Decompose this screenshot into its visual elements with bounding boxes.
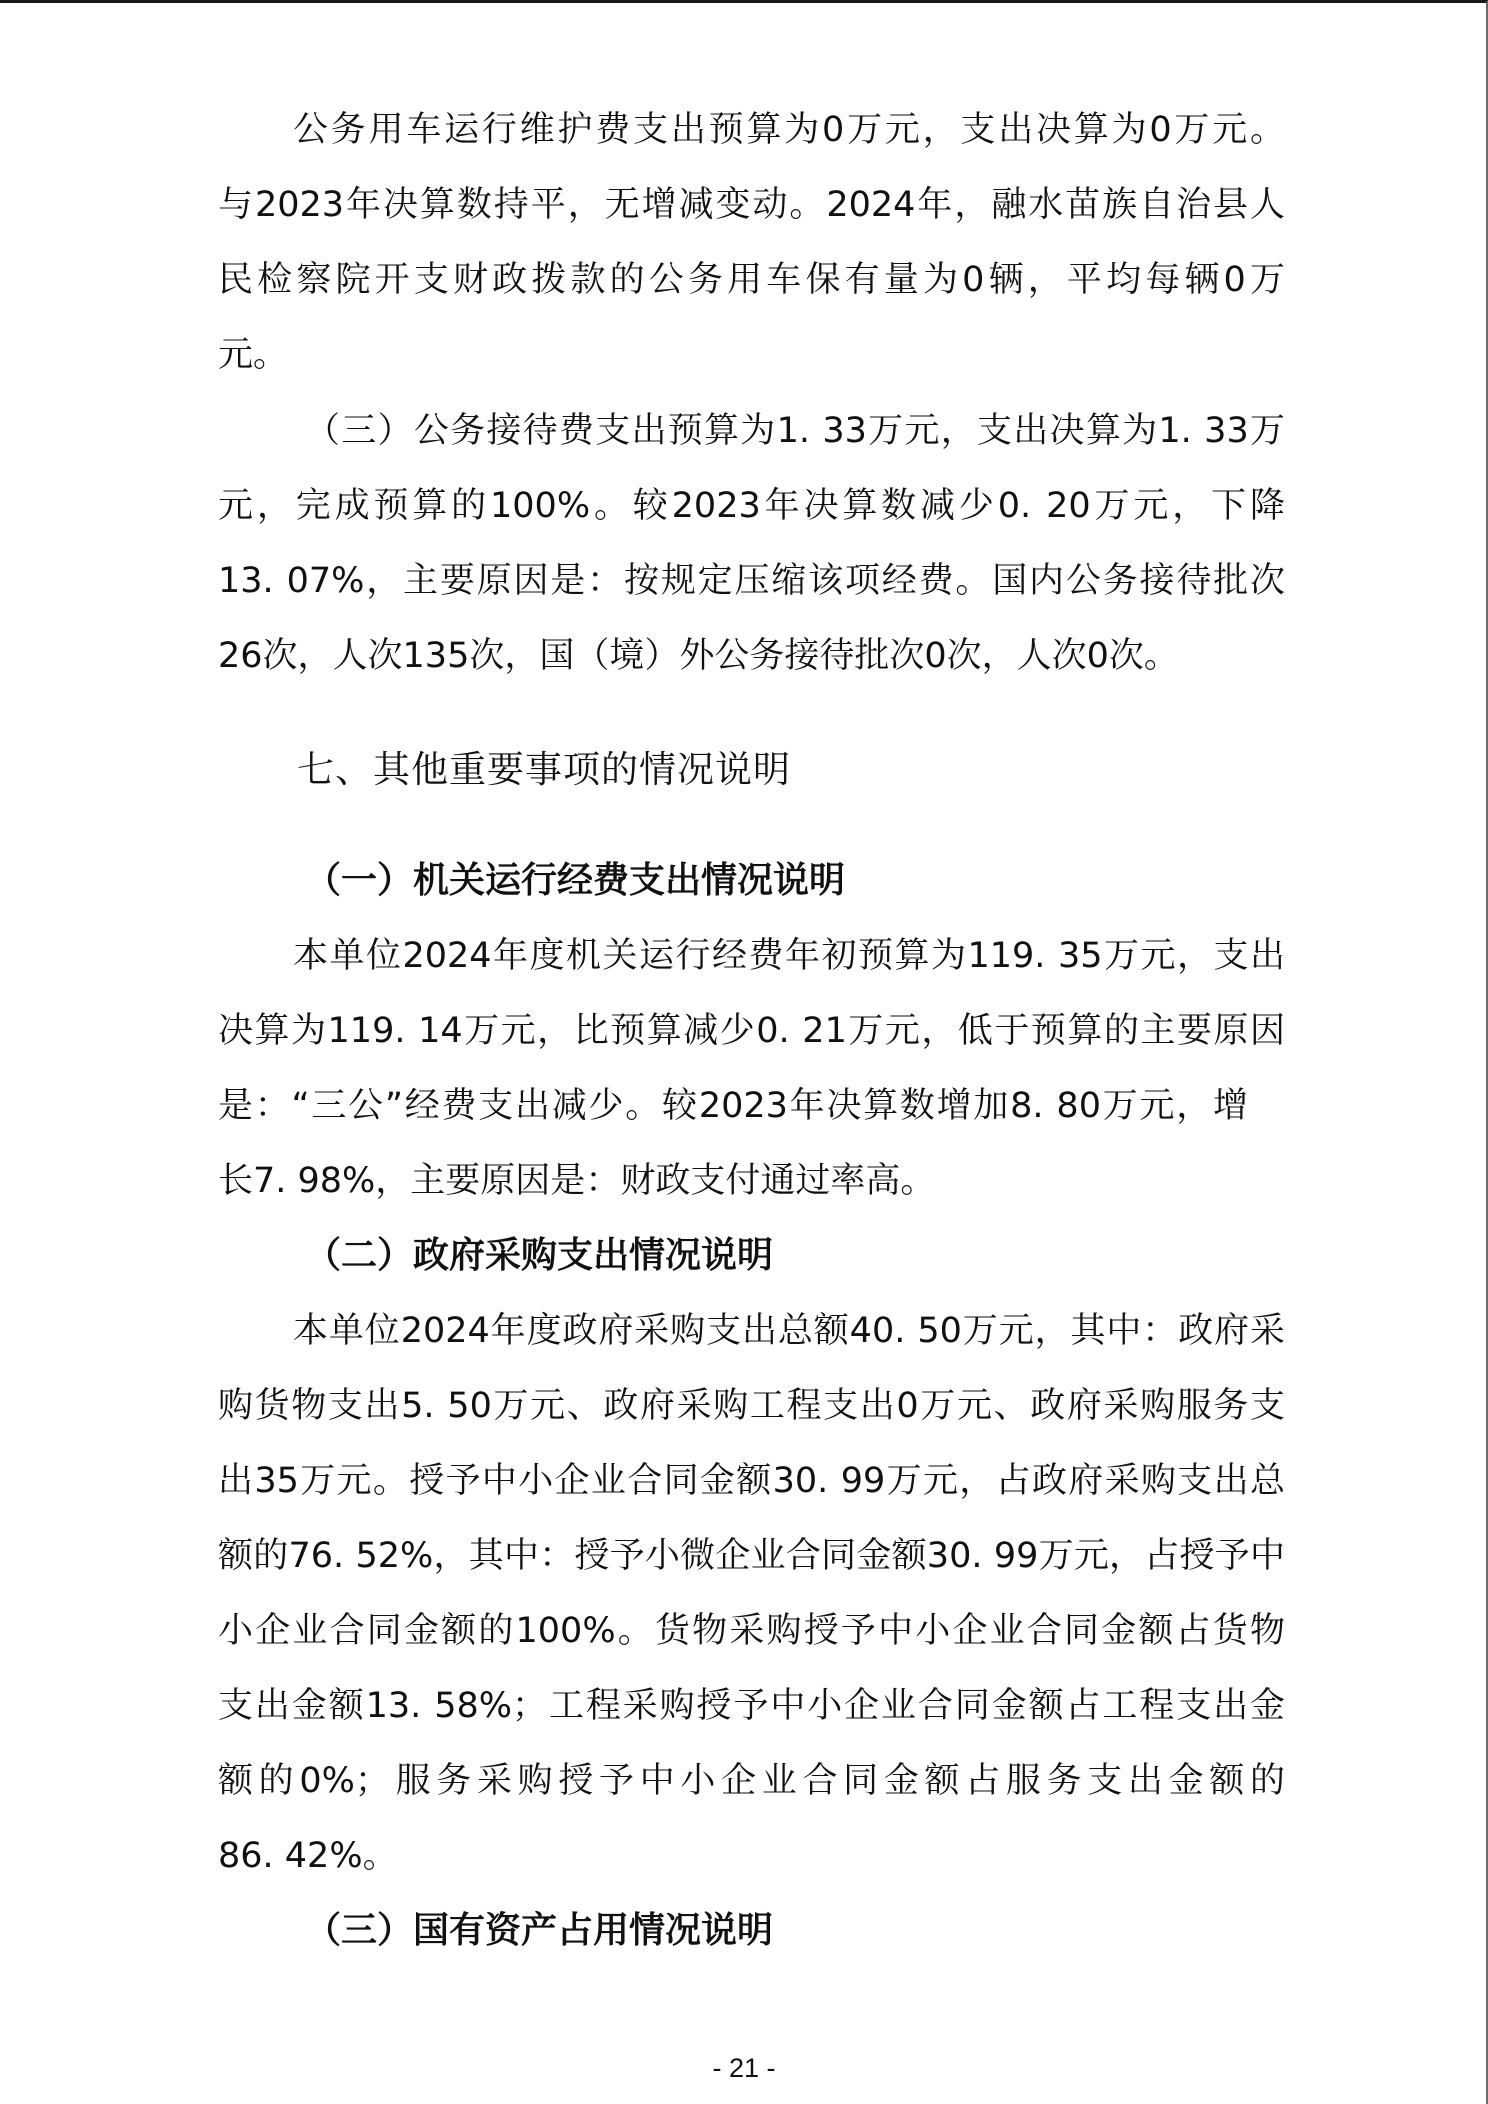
- procurement-line-1: 本单位2024年度政府采购支出总额40. 50万元，其中：政府采: [293, 1306, 1285, 1356]
- page-number: - 21 -: [0, 2051, 1488, 2085]
- paragraph-reception-line-4: 26次，人次135次，国（境）外公务接待批次0次，人次0次。: [218, 631, 1285, 681]
- operating-expenses-line-1: 本单位2024年度机关运行经费年初预算为119. 35万元，支出: [293, 931, 1285, 981]
- operating-expenses-line-4: 长7. 98%，主要原因是：财政支付通过率高。: [218, 1156, 1285, 1206]
- paragraph-reception-line-1: （三）公务接待费支出预算为1. 33万元，支出决算为1. 33万: [305, 406, 1285, 456]
- paragraph-car-maintenance-line-2: 与2023年决算数持平，无增减变动。2024年，融水苗族自治县人: [218, 180, 1285, 230]
- paragraph-reception-line-2: 元，完成预算的100%。较2023年决算数减少0. 20万元，下降: [218, 481, 1285, 531]
- procurement-line-5: 小企业合同金额的100%。货物采购授予中小企业合同金额占货物: [218, 1606, 1285, 1656]
- procurement-line-2: 购货物支出5. 50万元、政府采购工程支出0万元、政府采购服务支: [218, 1381, 1285, 1431]
- document-page: 公务用车运行维护费支出预算为0万元，支出决算为0万元。 与2023年决算数持平，…: [0, 0, 1488, 2104]
- paragraph-car-maintenance-line-1: 公务用车运行维护费支出预算为0万元，支出决算为0万元。: [293, 105, 1285, 155]
- procurement-line-8: 86. 42%。: [218, 1831, 1285, 1881]
- subsection-heading-government-procurement: （二）政府采购支出情况说明: [305, 1231, 773, 1281]
- operating-expenses-line-2: 决算为119. 14万元，比预算减少0. 21万元，低于预算的主要原因: [218, 1006, 1285, 1056]
- subsection-heading-operating-expenses: （一）机关运行经费支出情况说明: [305, 856, 845, 906]
- operating-expenses-line-3: 是：“三公”经费支出减少。较2023年决算数增加8. 80万元，增: [218, 1081, 1248, 1131]
- procurement-line-3: 出35万元。授予中小企业合同金额30. 99万元，占政府采购支出总: [218, 1456, 1285, 1506]
- subsection-heading-state-assets: （三）国有资产占用情况说明: [305, 1906, 773, 1956]
- procurement-line-4: 额的76. 52%，其中：授予小微企业合同金额30. 99万元，占授予中: [218, 1531, 1285, 1581]
- procurement-line-6: 支出金额13. 58%；工程采购授予中小企业合同金额占工程支出金: [218, 1681, 1285, 1731]
- paragraph-reception-line-3: 13. 07%，主要原因是：按规定压缩该项经费。国内公务接待批次: [218, 556, 1285, 606]
- paragraph-car-maintenance-line-4: 元。: [218, 330, 1285, 380]
- section-heading-other-important-matters: 七、其他重要事项的情况说明: [297, 745, 791, 795]
- procurement-line-7: 额的0%；服务采购授予中小企业合同金额占服务支出金额的: [218, 1756, 1285, 1806]
- paragraph-car-maintenance-line-3: 民检察院开支财政拨款的公务用车保有量为0辆，平均每辆0万: [218, 255, 1285, 305]
